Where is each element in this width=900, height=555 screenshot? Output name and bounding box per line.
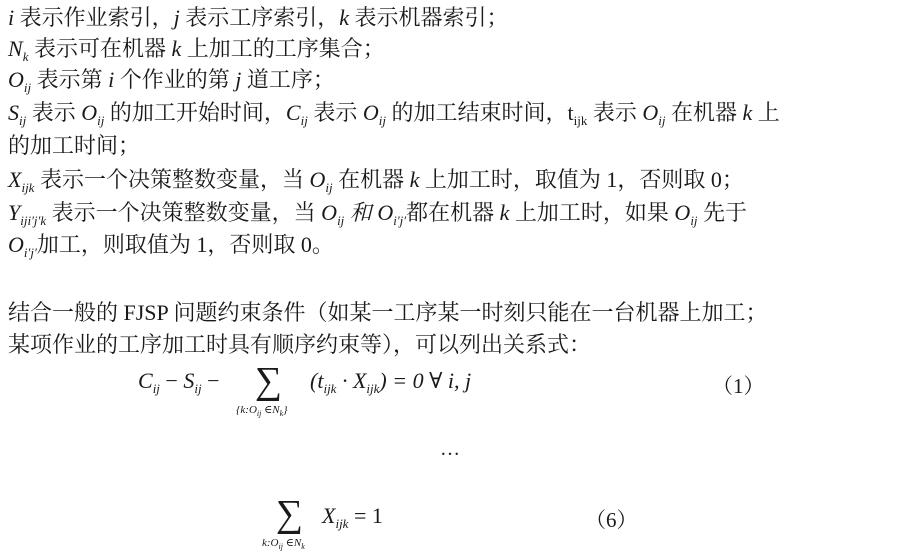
var-O: O — [363, 100, 379, 125]
text: 表示一个决策整数变量，当 — [46, 200, 321, 225]
paragraph-line-2: 某项作业的工序加工时具有顺序约束等），可以列出关系式： — [8, 331, 591, 359]
text: 先于 — [698, 200, 748, 225]
definition-continuation: 的加工时间； — [8, 132, 140, 160]
var-k: k — [742, 100, 752, 125]
minus: − — [202, 368, 220, 393]
var-O: O — [642, 100, 658, 125]
text: 表示 — [308, 100, 363, 125]
text: = 1 — [348, 503, 382, 528]
text: 的加工开始时间， — [104, 100, 286, 125]
text: 个作业的第 — [114, 67, 235, 92]
minus: − — [160, 368, 183, 393]
var-k: k — [339, 5, 349, 30]
subscript: ij — [690, 213, 697, 228]
subscript: ijk — [335, 516, 348, 531]
var-O: O — [309, 167, 325, 192]
equation-6-body: Xijk = 1 — [322, 503, 383, 529]
subscript: ijk — [366, 381, 379, 396]
text: 在机器 — [665, 100, 742, 125]
text: 上加工时，取值为 1，否则取 0； — [419, 167, 744, 192]
subscript: ij — [194, 381, 201, 396]
text: 上 — [752, 100, 780, 125]
text: · X — [336, 368, 366, 393]
text: ∈N — [283, 537, 301, 549]
var-O: O — [377, 200, 393, 225]
var-N: N — [8, 36, 23, 61]
text: 表示机器索引； — [349, 5, 509, 30]
text: 表示可在机器 — [28, 36, 171, 61]
text: 加工，则取值为 1，否则取 0。 — [37, 232, 334, 257]
var-C: C — [138, 368, 153, 393]
equation-1-lhs: Cij − Sij − — [138, 368, 220, 394]
summation-symbol: ∑ — [276, 495, 303, 533]
text: 都在机器 — [406, 200, 500, 225]
var-k: k — [410, 167, 420, 192]
subscript: ij — [301, 113, 308, 128]
paragraph-line-1: 结合一般的 FJSP 问题约束条件（如某一工序某一时刻只能在一台机器上加工； — [8, 299, 767, 327]
text: 的加工时间； — [8, 133, 140, 158]
text: ∈N — [261, 404, 279, 416]
var-S: S — [183, 368, 194, 393]
equation-1-body: (tijk · Xijk) = 0 ∀ i, j — [310, 368, 471, 394]
text: 上加工时，如果 — [509, 200, 674, 225]
text: } — [283, 404, 287, 416]
var-k: k — [171, 36, 181, 61]
text: (t — [310, 368, 323, 393]
summation-index: k:Oij ∈Nk — [262, 536, 305, 549]
definition-yiji'j'k: Yiji′j′k 表示一个决策整数变量，当 Oij 和 Oi′j′都在机器 k … — [8, 199, 747, 227]
subscript: ijk — [574, 113, 588, 128]
var-O: O — [674, 200, 690, 225]
summation-symbol: ∑ — [255, 362, 282, 400]
text: 表示 — [587, 100, 642, 125]
text: ) = 0 ∀ i, j — [379, 368, 471, 393]
definition-indices: i 表示作业索引，j 表示工序索引，k 表示机器索引； — [8, 4, 509, 32]
ellipsis: … — [440, 438, 462, 461]
subscript: iji′j′k — [20, 213, 46, 228]
subscript: i′j′ — [393, 213, 406, 228]
var-O: O — [321, 200, 337, 225]
text: 表示作业索引， — [14, 5, 174, 30]
equation-number-1: （1） — [712, 370, 765, 400]
subscript: ijk — [21, 180, 34, 195]
definition-oij: Oij 表示第 i 个作业的第 j 道工序； — [8, 66, 335, 94]
text: 上加工的工序集合； — [181, 36, 385, 61]
text: 表示一个决策整数变量，当 — [34, 167, 309, 192]
subscript: ij — [325, 180, 332, 195]
var-X: X — [322, 503, 335, 528]
text: 在机器 — [333, 167, 410, 192]
var-S: S — [8, 100, 19, 125]
var-k: k — [500, 200, 510, 225]
var-O: O — [8, 232, 24, 257]
subscript: ij — [379, 113, 386, 128]
text: 表示 — [26, 100, 81, 125]
text: 和 — [344, 200, 377, 225]
definition-nk: Nk 表示可在机器 k 上加工的工序集合； — [8, 35, 385, 63]
subscript: k — [301, 542, 305, 551]
summation-index: {k:Oij ∈Nk} — [236, 403, 288, 416]
var-O: O — [81, 100, 97, 125]
var-O: O — [8, 67, 24, 92]
text: k:O — [262, 537, 279, 549]
subscript: ijk — [323, 381, 336, 396]
text: 表示工序索引， — [180, 5, 340, 30]
var-C: C — [286, 100, 301, 125]
equation-number-6: （6） — [585, 504, 638, 534]
text: 道工序； — [241, 67, 335, 92]
definition-continuation-2: Oi′j′加工，则取值为 1，否则取 0。 — [8, 231, 334, 259]
subscript: i′j′ — [24, 245, 37, 260]
text: 的加工结束时间， — [386, 100, 568, 125]
text: 表示第 — [31, 67, 108, 92]
subscript: ij — [153, 381, 160, 396]
definition-sij-cij: Sij 表示 Oij 的加工开始时间，Cij 表示 Oij 的加工结束时间，ti… — [8, 99, 780, 127]
text: {k:O — [236, 404, 257, 416]
var-X: X — [8, 167, 21, 192]
definition-xijk: Xijk 表示一个决策整数变量，当 Oij 在机器 k 上加工时，取值为 1，否… — [8, 166, 744, 194]
var-Y: Y — [8, 200, 20, 225]
